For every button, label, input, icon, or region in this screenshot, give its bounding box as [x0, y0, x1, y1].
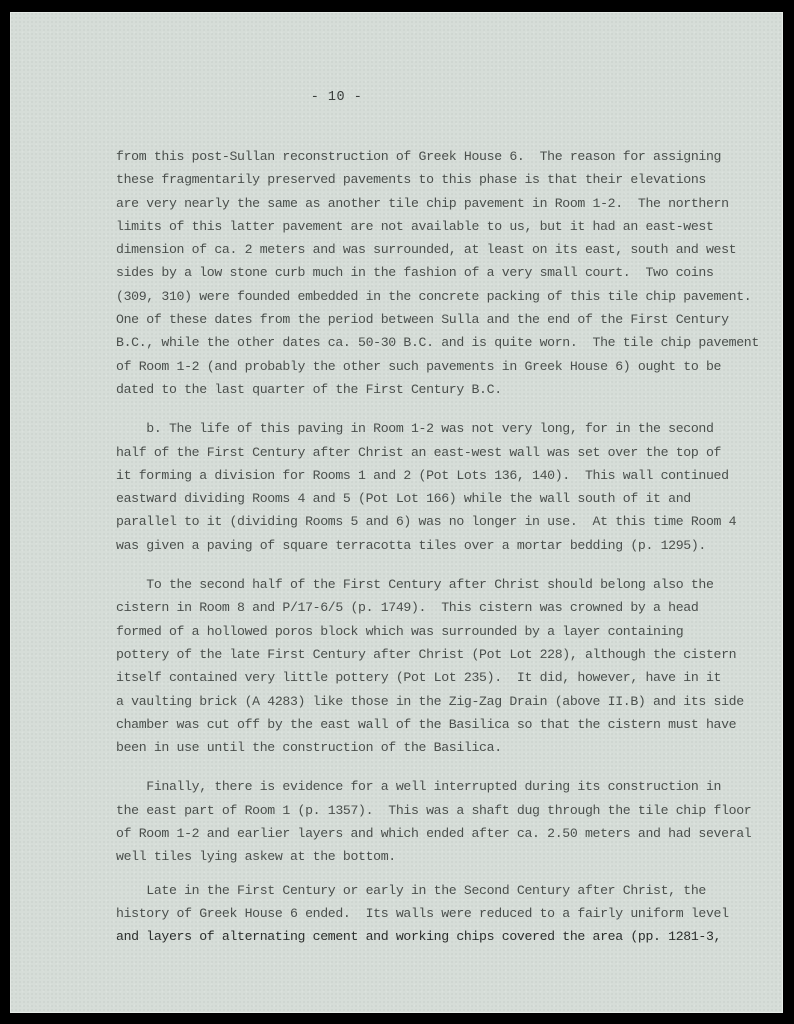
text-line: half of the First Century after Christ a…	[116, 441, 776, 464]
text-line: itself contained very little pottery (Po…	[116, 666, 776, 689]
text-line: chamber was cut off by the east wall of …	[116, 713, 776, 736]
paragraph-gap	[116, 869, 776, 879]
text-line: of Room 1-2 and earlier layers and which…	[116, 822, 776, 845]
text-line: these fragmentarily preserved pavements …	[116, 168, 776, 191]
text-line: pottery of the late First Century after …	[116, 643, 776, 666]
text-line: One of these dates from the period betwe…	[116, 308, 776, 331]
paragraph-gap	[116, 557, 776, 573]
paragraph-2: b. The life of this paving in Room 1-2 w…	[116, 417, 776, 557]
paragraph-3: To the second half of the First Century …	[116, 573, 776, 759]
paragraph-gap	[116, 401, 776, 417]
text-line: a vaulting brick (A 4283) like those in …	[116, 690, 776, 713]
text-line: been in use until the construction of th…	[116, 736, 776, 759]
page-number: - 10 -	[10, 90, 663, 105]
text-line: cistern in Room 8 and P/17-6/5 (p. 1749)…	[116, 596, 776, 619]
document-page: - 10 - from this post-Sullan reconstruct…	[10, 12, 783, 1013]
text-line: from this post-Sullan reconstruction of …	[116, 145, 776, 168]
paragraph-5: Late in the First Century or early in th…	[116, 879, 776, 949]
text-line: Late in the First Century or early in th…	[116, 879, 776, 902]
text-line: the east part of Room 1 (p. 1357). This …	[116, 799, 776, 822]
text-line: and layers of alternating cement and wor…	[116, 925, 776, 948]
text-line: B.C., while the other dates ca. 50-30 B.…	[116, 331, 776, 354]
text-line: dated to the last quarter of the First C…	[116, 378, 776, 401]
text-line: b. The life of this paving in Room 1-2 w…	[116, 417, 776, 440]
document-body: from this post-Sullan reconstruction of …	[116, 145, 776, 949]
paragraph-1: from this post-Sullan reconstruction of …	[116, 145, 776, 401]
text-line: of Room 1-2 (and probably the other such…	[116, 355, 776, 378]
text-line: limits of this latter pavement are not a…	[116, 215, 776, 238]
text-line: sides by a low stone curb much in the fa…	[116, 261, 776, 284]
paragraph-4: Finally, there is evidence for a well in…	[116, 775, 776, 868]
text-line: Finally, there is evidence for a well in…	[116, 775, 776, 798]
text-line: eastward dividing Rooms 4 and 5 (Pot Lot…	[116, 487, 776, 510]
text-line: (309, 310) were founded embedded in the …	[116, 285, 776, 308]
text-line: it forming a division for Rooms 1 and 2 …	[116, 464, 776, 487]
text-line: dimension of ca. 2 meters and was surrou…	[116, 238, 776, 261]
text-line: well tiles lying askew at the bottom.	[116, 845, 776, 868]
text-line: formed of a hollowed poros block which w…	[116, 620, 776, 643]
text-line: are very nearly the same as another tile…	[116, 192, 776, 215]
text-line: history of Greek House 6 ended. Its wall…	[116, 902, 776, 925]
paragraph-gap	[116, 759, 776, 775]
text-line: parallel to it (dividing Rooms 5 and 6) …	[116, 510, 776, 533]
text-line: was given a paving of square terracotta …	[116, 534, 776, 557]
text-line: To the second half of the First Century …	[116, 573, 776, 596]
